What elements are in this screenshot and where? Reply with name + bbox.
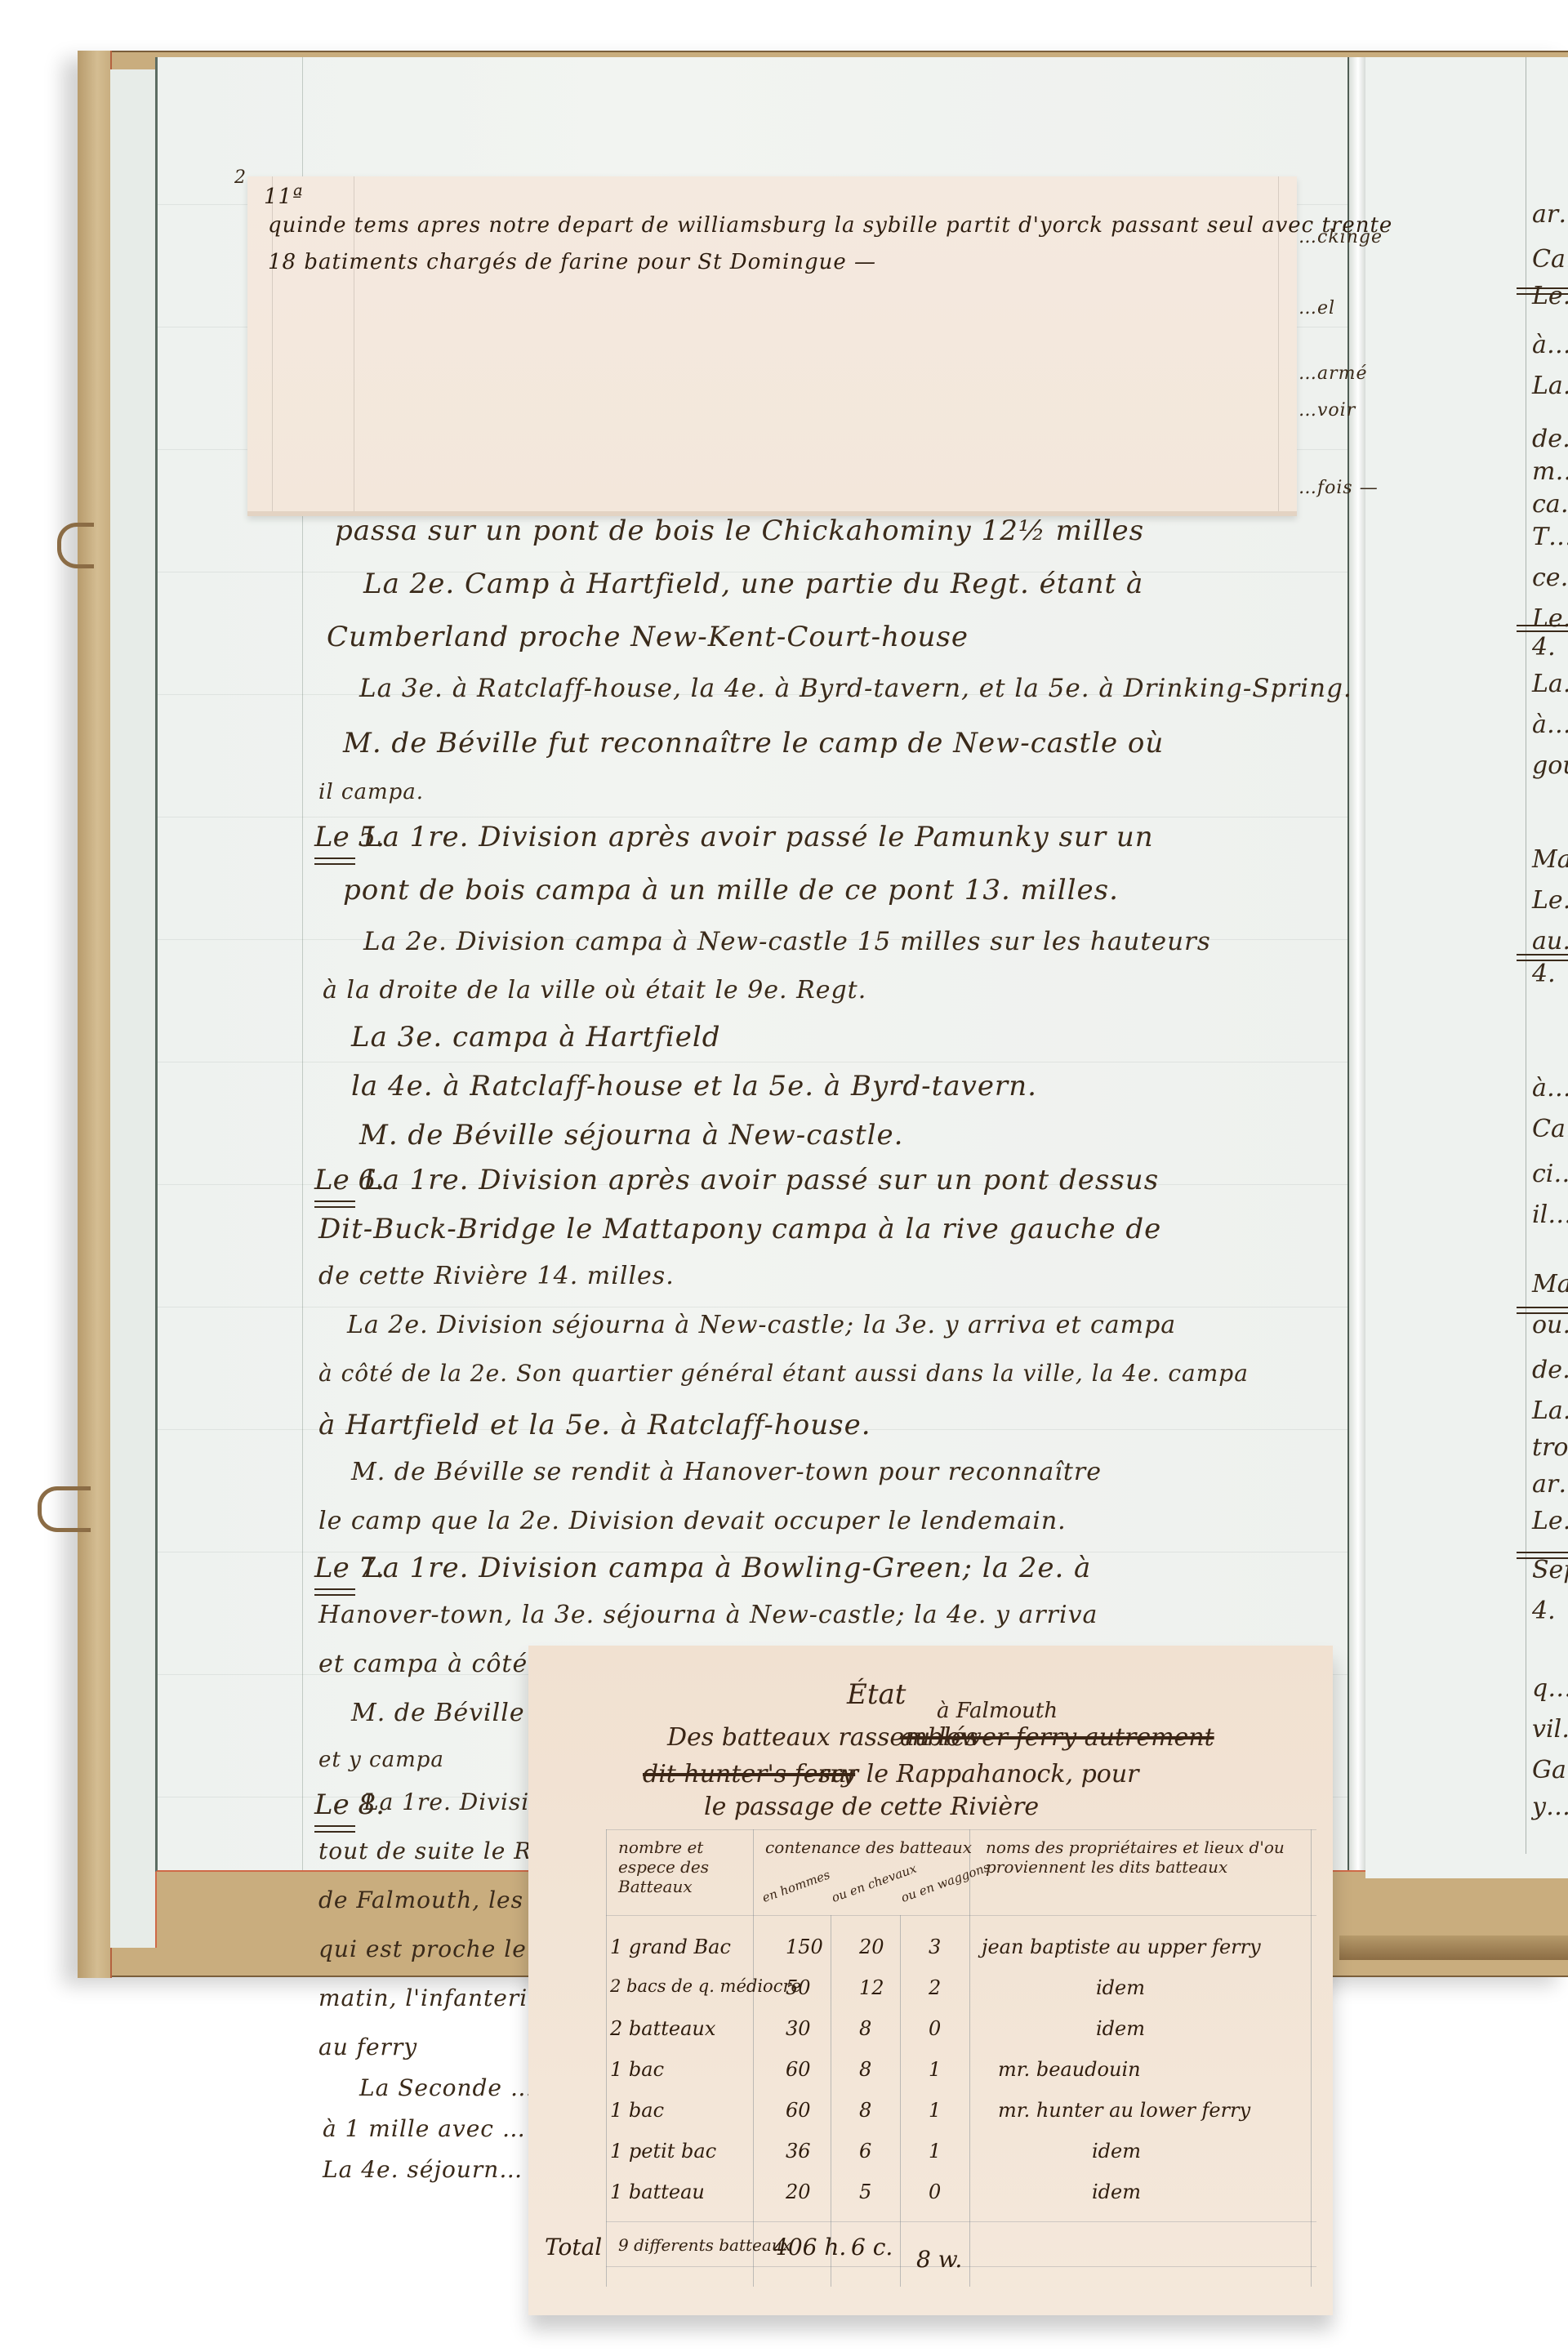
text-fragment: à… xyxy=(1532,710,1568,739)
column-header-boats: nombre et espece des Batteaux xyxy=(618,1837,741,1896)
cell-boat: 1 batteau xyxy=(610,2180,705,2203)
note-line: quinde tems apres notre depart de willia… xyxy=(268,213,1392,238)
text-fragment: T… xyxy=(1532,523,1568,551)
text-fragment: ca… xyxy=(1532,490,1568,519)
cell-horses: 5 xyxy=(859,2180,871,2203)
text-fragment: au… xyxy=(1532,927,1568,955)
text-line: passa sur un pont de bois le Chickahomin… xyxy=(335,514,1144,547)
text-fragment: ar… xyxy=(1532,1470,1568,1499)
text-fragment: Le… xyxy=(1532,1507,1568,1535)
text-fragment: vil… xyxy=(1532,1715,1568,1744)
table-rule xyxy=(606,1829,1316,1830)
cell-owner: idem xyxy=(1096,2017,1145,2040)
text-fragment: Sep… xyxy=(1532,1556,1568,1584)
text-line: de cette Rivière 14. milles. xyxy=(318,1262,675,1290)
cell-boat: 1 grand Bac xyxy=(610,1935,731,1958)
table-rule xyxy=(831,1915,831,2287)
text-fragment: Le… xyxy=(1532,886,1568,915)
text-line: La 1re. Division après avoir passé le Pa… xyxy=(363,821,1154,853)
text-line: La 2e. Division séjourna à New-castle; l… xyxy=(347,1311,1176,1339)
text-fragment: …fois — xyxy=(1298,478,1379,498)
page-gutter xyxy=(1347,57,1367,1870)
text-fragment: La… xyxy=(1532,670,1568,698)
total-label: Total xyxy=(545,2234,602,2261)
table-title: État xyxy=(847,1678,906,1711)
binding-tie-bottom xyxy=(38,1486,91,1532)
cell-horses: 20 xyxy=(859,1935,884,1958)
text-fragment: Ca… xyxy=(1532,1115,1568,1143)
total-boats: 9 differents batteaux xyxy=(618,2235,791,2255)
table-rule xyxy=(900,1915,901,2287)
cell-boat: 1 petit bac xyxy=(610,2140,716,2163)
cell-horses: 8 xyxy=(859,2099,871,2122)
date-underline xyxy=(314,1200,355,1208)
total-waggons: 8 w. xyxy=(916,2246,962,2273)
date-underline xyxy=(1517,287,1568,295)
cell-men: 150 xyxy=(786,1935,823,1958)
text-line: M. de Béville séjourna à New-castle. xyxy=(359,1119,903,1151)
cell-owner: idem xyxy=(1096,1976,1145,1999)
date-underline xyxy=(314,857,355,865)
cell-owner: idem xyxy=(1092,2140,1141,2163)
text-fragment: 4. xyxy=(1532,960,1556,988)
text-line: La 3e. campa à Hartfield xyxy=(351,1021,721,1053)
text-fragment: Ga… xyxy=(1532,1756,1568,1784)
cell-waggons: 2 xyxy=(929,1976,941,1999)
text-line: La 4e. séjourn… xyxy=(323,2156,523,2183)
text-line: M. de Béville fut reconnaître le camp de… xyxy=(343,727,1164,759)
text-fragment: …armé xyxy=(1298,363,1368,384)
text-line: La Seconde … xyxy=(359,2074,534,2101)
cell-men: 50 xyxy=(786,1976,811,1999)
table-rule xyxy=(969,1829,970,2287)
text-fragment: il… xyxy=(1532,1200,1568,1229)
column-subheader: en hommes xyxy=(760,1867,832,1905)
text-line: au ferry xyxy=(318,2033,417,2060)
text-line: La 2e. Camp à Hartfield, une partie du R… xyxy=(363,568,1143,600)
text-fragment: à… xyxy=(1532,1074,1568,1102)
text-fragment: La… xyxy=(1532,372,1568,400)
text-line: le camp que la 2e. Division devait occup… xyxy=(318,1507,1067,1535)
text-fragment: Le… xyxy=(1532,282,1568,310)
text-line: Hanover-town, la 3e. séjourna à New-cast… xyxy=(318,1601,1098,1629)
text-fragment: tro… xyxy=(1532,1433,1568,1462)
cell-owner: jean baptiste au upper ferry xyxy=(982,1935,1261,1958)
cell-owner: mr. hunter au lower ferry xyxy=(998,2099,1250,2122)
date-underline xyxy=(314,1825,355,1833)
cell-horses: 6 xyxy=(859,2140,871,2163)
text-line: Dit-Buck-Bridge le Mattapony campa à la … xyxy=(318,1213,1161,1245)
cell-men: 30 xyxy=(786,2017,811,2040)
note-line: 18 batiments chargés de farine pour St D… xyxy=(268,250,876,274)
text-line: La 1re. Division campa à Bowling-Green; … xyxy=(363,1552,1091,1584)
text-fragment: m… xyxy=(1532,457,1568,486)
text-line: La 3e. à Ratclaff-house, la 4e. à Byrd-t… xyxy=(359,674,1352,703)
text-line: La 2e. Division campa à New-castle 15 mi… xyxy=(363,927,1211,956)
table-rule xyxy=(606,2221,1316,2222)
text-line: il campa. xyxy=(318,780,424,804)
pasted-table-slip: État Des batteaux rassemblés au lower fe… xyxy=(528,1646,1333,2315)
table-rule xyxy=(606,1915,1316,1916)
underlying-page-edge xyxy=(110,69,157,1948)
cell-boat: 2 bacs de q. médiocre xyxy=(610,1976,801,1996)
table-rule xyxy=(606,1829,607,2287)
text-fragment: 4. xyxy=(1532,633,1556,661)
struck-text: au lower ferry autrement xyxy=(900,1723,1214,1752)
text-line: La 1re. Division après avoir passé sur u… xyxy=(363,1164,1159,1196)
text-fragment: ci… xyxy=(1532,1160,1568,1188)
text-line: Cumberland proche New-Kent-Court-house xyxy=(327,621,969,653)
text-fragment: Ma… xyxy=(1532,845,1568,874)
cover-bottom-edge xyxy=(1339,1935,1568,1960)
cell-boat: 1 bac xyxy=(610,2058,664,2081)
text-fragment: ar… xyxy=(1532,200,1568,229)
table-subtitle: le passage de cette Rivière xyxy=(704,1793,1039,1821)
text-fragment: de… xyxy=(1532,1356,1568,1384)
table-subtitle: sur le Rappahanock, pour xyxy=(818,1760,1139,1788)
text-line: à la droite de la ville où était le 9e. … xyxy=(323,976,866,1004)
text-line: à côté de la 2e. Son quartier général ét… xyxy=(318,1360,1249,1387)
total-men: 406 h. xyxy=(773,2234,846,2261)
binding-tie-top xyxy=(57,523,94,568)
cell-owner: mr. beaudouin xyxy=(998,2058,1141,2081)
text-fragment: …el xyxy=(1298,298,1335,318)
text-fragment: à… xyxy=(1532,331,1568,359)
cell-owner: idem xyxy=(1092,2180,1141,2203)
date-underline xyxy=(314,1588,355,1596)
date-underline xyxy=(1517,625,1568,632)
text-fragment: 4. xyxy=(1532,1597,1556,1625)
text-line: à Hartfield et la 5e. à Ratclaff-house. xyxy=(318,1409,871,1441)
cell-boat: 2 batteaux xyxy=(610,2017,715,2040)
text-fragment: La… xyxy=(1532,1396,1568,1425)
text-line: pont de bois campa à un mille de ce pont… xyxy=(343,874,1119,906)
text-line: et y campa xyxy=(318,1748,444,1772)
pasted-note-slip: 11ª quinde tems apres notre depart de wi… xyxy=(247,176,1297,516)
cell-men: 36 xyxy=(786,2140,811,2163)
cell-waggons: 3 xyxy=(929,1935,941,1958)
cell-waggons: 0 xyxy=(929,2180,941,2203)
inserted-text: à Falmouth xyxy=(937,1699,1058,1723)
cover-spine-edge xyxy=(78,51,112,1978)
cell-horses: 12 xyxy=(859,1976,884,1999)
text-fragment: y… xyxy=(1532,1793,1568,1821)
text-fragment: ou… xyxy=(1532,1311,1568,1339)
text-line: M. de Béville se rendit à Hanover-town p… xyxy=(351,1458,1102,1486)
column-header-owners: noms des propriétaires et lieux d'ou pro… xyxy=(986,1837,1296,1877)
cell-waggons: 1 xyxy=(929,2058,941,2081)
cell-men: 20 xyxy=(786,2180,811,2203)
note-marker: 11ª xyxy=(264,185,303,209)
text-line: la 4e. à Ratclaff-house et la 5e. à Byrd… xyxy=(351,1070,1037,1102)
text-fragment: Ma… xyxy=(1532,1270,1568,1298)
page-mark: 2 xyxy=(234,167,246,188)
text-fragment: ce… xyxy=(1532,563,1568,592)
cell-horses: 8 xyxy=(859,2058,871,2081)
cell-men: 60 xyxy=(786,2058,811,2081)
total-horses: 6 c. xyxy=(851,2234,893,2261)
cell-horses: 8 xyxy=(859,2017,871,2040)
cell-waggons: 1 xyxy=(929,2140,941,2163)
cell-men: 60 xyxy=(786,2099,811,2122)
text-line: à 1 mille avec … xyxy=(323,2115,526,2142)
cell-boat: 1 bac xyxy=(610,2099,664,2122)
text-fragment: de… xyxy=(1532,425,1568,453)
text-fragment: Ca… xyxy=(1532,245,1568,274)
text-fragment: q… xyxy=(1532,1674,1568,1703)
cell-waggons: 1 xyxy=(929,2099,941,2122)
column-header-capacity: contenance des batteaux xyxy=(765,1837,972,1857)
table-rule xyxy=(1311,1829,1312,2287)
table-rule xyxy=(753,1829,754,2287)
text-fragment: gou… xyxy=(1532,751,1568,780)
cell-waggons: 0 xyxy=(929,2017,941,2040)
text-fragment: …voir xyxy=(1298,400,1356,421)
